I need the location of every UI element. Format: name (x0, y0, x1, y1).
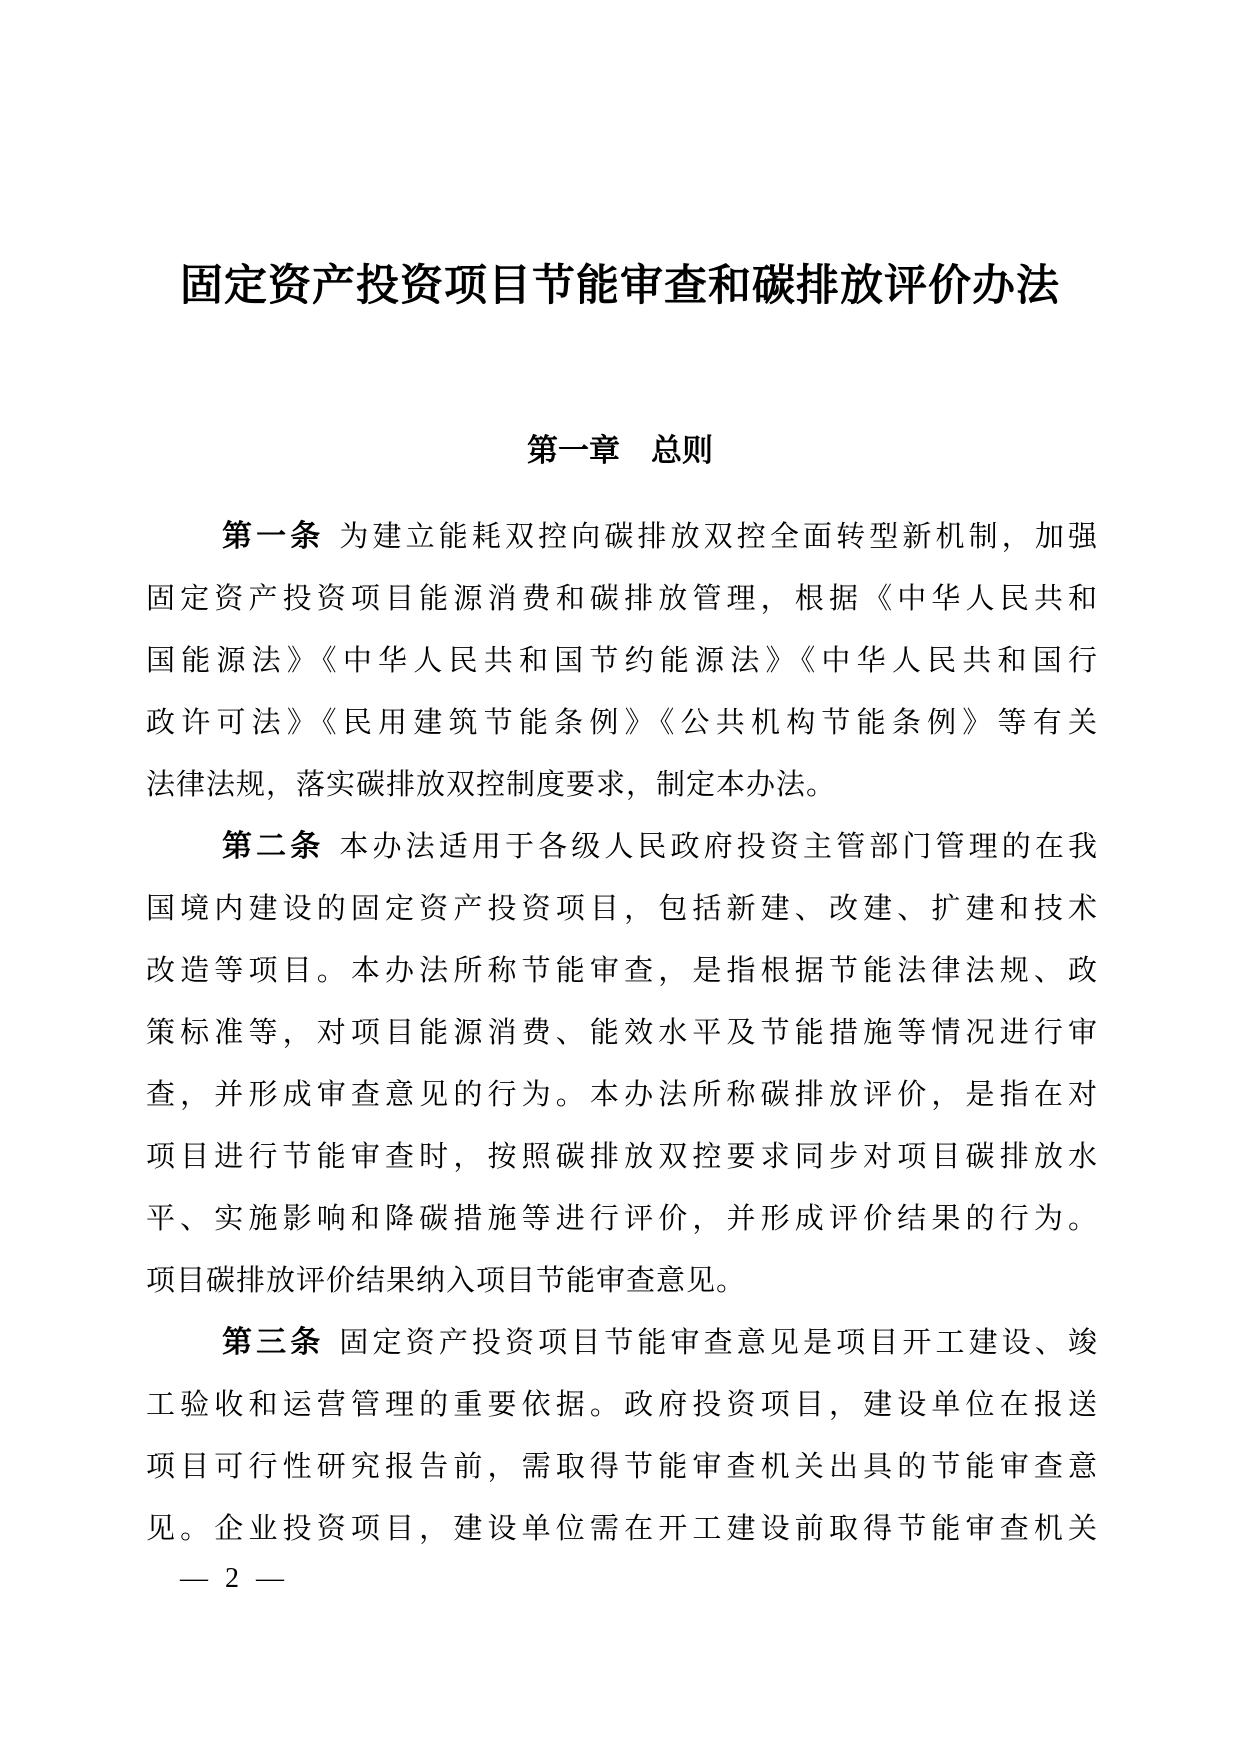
body-line: 政许可法》《民用建筑节能条例》《公共机构节能条例》等有关 (146, 692, 1098, 754)
document-body: 第一条为建立能耗双控向碳排放双控全面转型新机制，加强固定资产投资项目能源消费和碳… (146, 506, 1098, 1560)
document-title: 固定资产投资项目节能审查和碳排放评价办法 (0, 262, 1240, 311)
body-line: 第二条本办法适用于各级人民政府投资主管部门管理的在我 (146, 816, 1098, 878)
body-line: 固定资产投资项目能源消费和碳排放管理，根据《中华人民共和 (146, 568, 1098, 630)
body-line: 法律法规，落实碳排放双控制度要求，制定本办法。 (146, 754, 1098, 816)
page-number: — 2 — (180, 1562, 289, 1596)
article-label: 第三条 (222, 1326, 324, 1359)
chapter-heading: 第一章 总则 (0, 434, 1240, 468)
body-line: 策标准等，对项目能源消费、能效水平及节能措施等情况进行审 (146, 1002, 1098, 1064)
article-label: 第二条 (222, 830, 324, 863)
body-line: 项目进行节能审查时，按照碳排放双控要求同步对项目碳排放水 (146, 1126, 1098, 1188)
article-label: 第一条 (222, 520, 324, 553)
body-line: 查，并形成审查意见的行为。本办法所称碳排放评价，是指在对 (146, 1064, 1098, 1126)
body-line: 平、实施影响和降碳措施等进行评价，并形成评价结果的行为。 (146, 1188, 1098, 1250)
body-line: 第一条为建立能耗双控向碳排放双控全面转型新机制，加强 (146, 506, 1098, 568)
body-line: 国境内建设的固定资产投资项目，包括新建、改建、扩建和技术 (146, 878, 1098, 940)
body-line: 国能源法》《中华人民共和国节约能源法》《中华人民共和国行 (146, 630, 1098, 692)
body-line: 项目碳排放评价结果纳入项目节能审查意见。 (146, 1250, 1098, 1312)
body-line: 见。企业投资项目，建设单位需在开工建设前取得节能审查机关 (146, 1498, 1098, 1560)
body-line: 工验收和运营管理的重要依据。政府投资项目，建设单位在报送 (146, 1374, 1098, 1436)
body-line: 改造等项目。本办法所称节能审查，是指根据节能法律法规、政 (146, 940, 1098, 1002)
document-page: 固定资产投资项目节能审查和碳排放评价办法 第一章 总则 第一条为建立能耗双控向碳… (0, 0, 1240, 1754)
body-line: 第三条固定资产投资项目节能审查意见是项目开工建设、竣 (146, 1312, 1098, 1374)
body-line: 项目可行性研究报告前，需取得节能审查机关出具的节能审查意 (146, 1436, 1098, 1498)
